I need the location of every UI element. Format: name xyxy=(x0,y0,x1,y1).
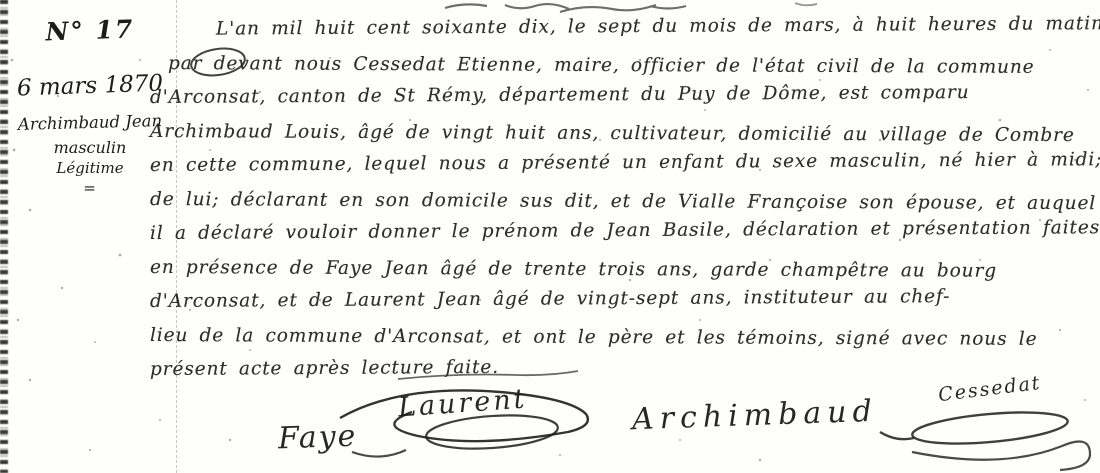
act-line: d'Arconsat, canton de St Rémy, départeme… xyxy=(150,75,1096,115)
act-line: en cette commune, lequel nous a présenté… xyxy=(150,143,1096,183)
act-line: L'an mil huit cent soixante dix, le sept… xyxy=(150,7,1096,47)
act-line: il a déclaré vouloir donner le prénom de… xyxy=(150,211,1096,251)
signature-archimbaud: Archimbaud xyxy=(631,394,878,438)
scanned-birth-record: N° 17 6 mars 1870 Archimbaud Jean mascul… xyxy=(0,0,1100,473)
act-line: présent acte après lecture faite. xyxy=(150,347,1096,387)
signature-faye: Faye xyxy=(277,419,358,457)
margin-child-name: Archimbaud Jean xyxy=(6,111,174,134)
margin-sex: masculin xyxy=(6,138,174,157)
margin-equals-mark: = xyxy=(6,179,174,197)
signature-laurent: Laurent xyxy=(397,384,528,424)
margin-annotations: N° 17 6 mars 1870 Archimbaud Jean mascul… xyxy=(6,10,174,197)
act-body-text: L'an mil huit cent soixante dix, le sept… xyxy=(150,13,1096,387)
margin-legitimacy: Légitime xyxy=(6,159,174,177)
act-line: d'Arconsat, et de Laurent Jean âgé de vi… xyxy=(150,279,1096,319)
